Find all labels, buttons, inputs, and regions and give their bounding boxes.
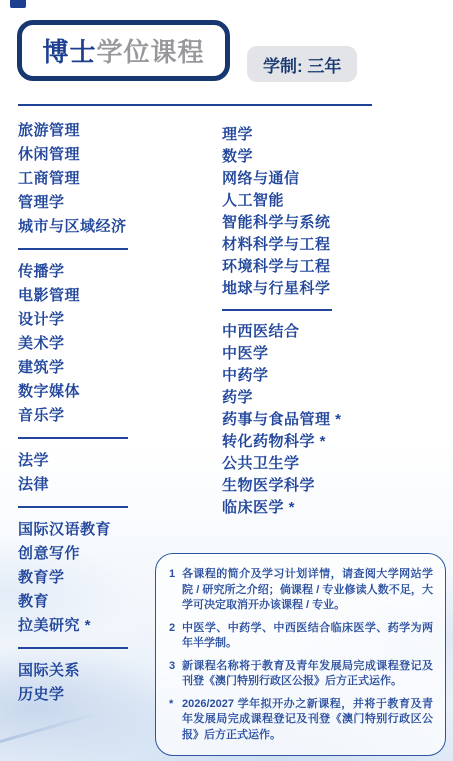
cropped-top-decoration [10,0,26,8]
footnote-text: 各课程的简介及学习计划详情，请查阅大学网站学院 / 研究所之介绍；倘课程 / 专… [182,567,433,614]
program-item: 美术学 [18,332,208,356]
footnote: 3 新课程名称将于教育及青年发展局完成课程登记及刊登《澳门特别行政区公报》后方正… [169,659,433,690]
program-item: 国际汉语教育 [18,518,208,542]
footnote: 1 各课程的简介及学习计划详情，请查阅大学网站学院 / 研究所之介绍；倘课程 /… [169,567,433,614]
program-item: 公共卫生学 [222,453,450,475]
program-item: 建筑学 [18,356,208,380]
doctoral-programs-page: { "header": { "title_highlight": "博士", "… [0,0,453,761]
group-divider [18,506,128,508]
footnote-marker: 1 [169,567,182,614]
group-divider [18,437,128,439]
program-item: 法律 [18,473,208,497]
program-item: 数学 [222,146,450,168]
footnote-text: 2026/2027 学年拟开办之新课程，并将于教育及青年发展局完成课程登记及刊登… [182,697,433,744]
program-item: 临床医学 * [222,497,450,519]
footnote-marker: 3 [169,659,182,690]
program-item: 工商管理 [18,167,208,191]
footnote-text: 中医学、中药学、中西医结合临床医学、药学为两年半学制。 [182,621,433,652]
program-item: 城市与区域经济 [18,215,208,239]
header-divider [18,104,372,106]
footnote-text: 新课程名称将于教育及青年发展局完成课程登记及刊登《澳门特别行政区公报》后方正式运… [182,659,433,690]
program-item: 中医学 [222,343,450,365]
program-item: 传播学 [18,260,208,284]
program-item: 法学 [18,449,208,473]
page-title-highlight: 博士 [42,32,96,69]
program-item: 生物医学科学 [222,475,450,497]
program-item: 音乐学 [18,404,208,428]
program-item: 人工智能 [222,190,450,212]
program-item: 网络与通信 [222,168,450,190]
program-item: 地球与行星科学 [222,278,450,300]
program-item: 中药学 [222,365,450,387]
footnote-marker: * [169,697,182,744]
program-item: 环境科学与工程 [222,256,450,278]
cloud-streak-decoration [0,712,100,748]
program-item: 设计学 [18,308,208,332]
program-item: 中西医结合 [222,321,450,343]
program-item: 理学 [222,124,450,146]
footnote-marker: 2 [169,621,182,652]
footnote: * 2026/2027 学年拟开办之新课程，并将于教育及青年发展局完成课程登记及… [169,697,433,744]
duration-badge: 学制: 三年 [247,46,357,82]
group-divider [18,248,128,250]
page-title-rest: 学位课程 [97,32,205,69]
program-item: 旅游管理 [18,119,208,143]
footnotes-box: 1 各课程的简介及学习计划详情，请查阅大学网站学院 / 研究所之介绍；倘课程 /… [155,553,446,756]
program-item: 数字媒体 [18,380,208,404]
footnote: 2 中医学、中药学、中西医结合临床医学、药学为两年半学制。 [169,621,433,652]
program-item: 转化药物科学 * [222,431,450,453]
group-divider [222,309,332,311]
program-item: 药事与食品管理 * [222,409,450,431]
program-item: 智能科学与系统 [222,212,450,234]
program-item: 休闲管理 [18,143,208,167]
program-item: 电影管理 [18,284,208,308]
page-title: 博士学位课程 [17,20,230,81]
program-item: 材料科学与工程 [222,234,450,256]
group-divider [18,647,128,649]
program-column-right: 理学 数学 网络与通信 人工智能 智能科学与系统 材料科学与工程 环境科学与工程… [222,124,450,519]
program-item: 管理学 [18,191,208,215]
program-item: 药学 [222,387,450,409]
